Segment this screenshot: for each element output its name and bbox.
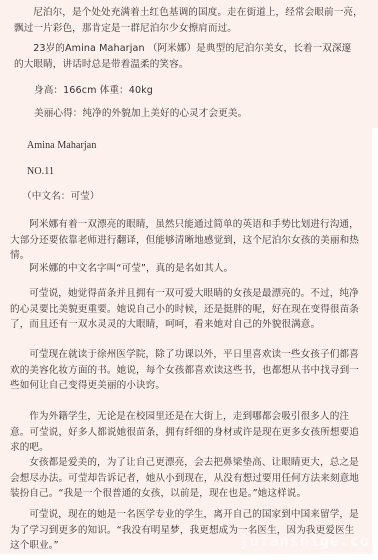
intro-paragraph-2: 23岁的Amina Maharjan （阿米娜）是典型的尼泊尔美女，长着一双深邃… [14, 41, 354, 72]
chinese-name: （中文名：可莹） [22, 189, 100, 205]
paragraph: 阿米娜有着一双漂亮的眼睛，虽然只能通过简单的英语和手势比划进行沟通，大部分还要依… [10, 217, 364, 264]
intro-section: 尼泊尔，是个处处充满着土红色基调的国度。走在街道上，经常会眼前一亮，飘过一片彩色… [0, 0, 378, 128]
profile-number: NO.11 [27, 164, 54, 180]
paragraph: 女孩都是爱美的，为了让自己更漂亮，会去把鼻梁垫高、让眼睛更大，总之是会想尽办法。… [10, 455, 364, 502]
paragraph: 可莹说，她觉得苗条并且拥有一双可爱大眼睛的女孩是最漂亮的。不过，纯净的心灵要比美… [10, 286, 364, 333]
paragraph: 可莹现在就读于徐州医学院，除了功课以外，平日里喜欢读一些女孩子们都喜欢的美容化妆… [10, 347, 364, 394]
profile-name: Amina Maharjan [27, 138, 96, 154]
site-watermark: jufanshige.co [240, 532, 370, 550]
paragraph: 阿米娜的中文名字叫“可莹”，真的是名如其人。 [10, 261, 364, 277]
stats-line: 身高：166cm 体重：40kg [34, 83, 153, 99]
paragraph: 作为外籍学生，无论是在校园里还是在大街上，走到哪都会吸引很多人的注意。可莹说，好… [10, 409, 364, 456]
motto-line: 美丽心得：纯净的外貌加上美好的心灵才会更美。 [34, 106, 247, 122]
intro-paragraph-1: 尼泊尔，是个处处充满着土红色基调的国度。走在街道上，经常会眼前一亮，飘过一片彩色… [14, 5, 370, 36]
profile-section: Amina Maharjan NO.11 （中文名：可莹） 阿米娜有着一双漂亮的… [0, 128, 372, 554]
